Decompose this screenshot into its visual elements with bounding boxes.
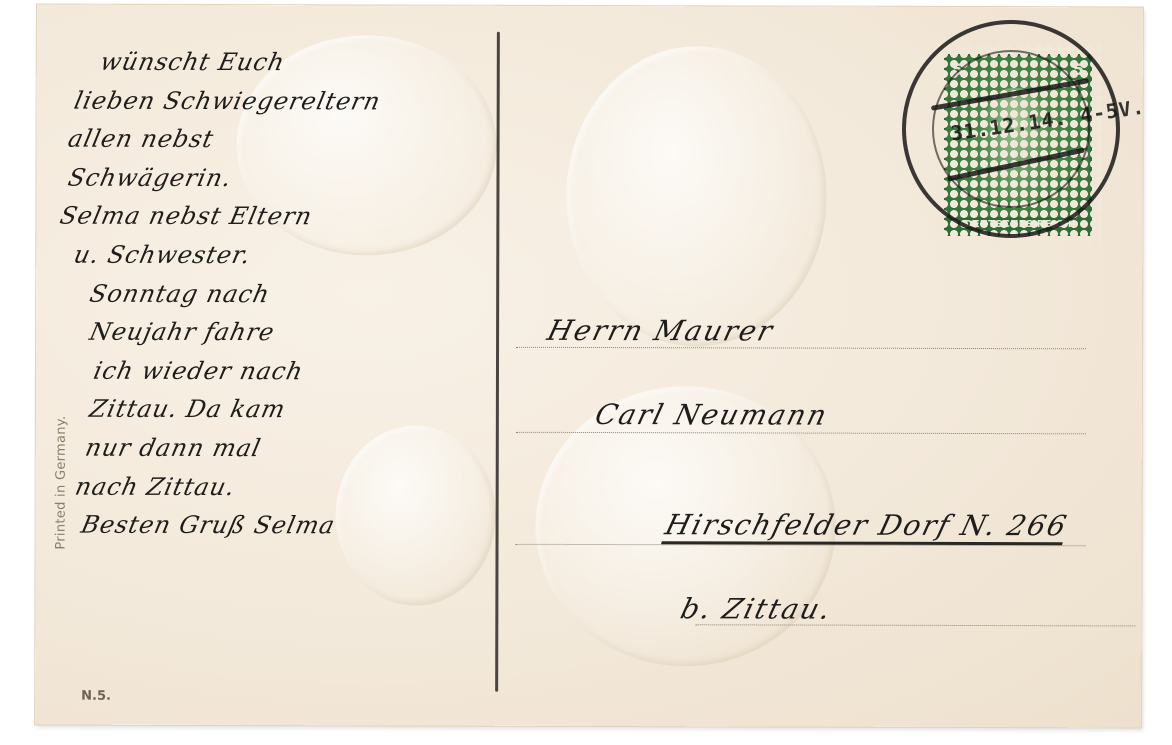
message-line: nur dann mal [46,429,494,469]
message-line: wünscht Euch [47,43,495,83]
message-line: Selma nebst Eltern [46,197,494,237]
recipient-street: Hirschfelder Dorf N. 266 [661,508,1071,545]
recipient-city: b. Zittau. [677,592,836,625]
embossed-relief [566,46,827,347]
recipient-name: Carl Neumann [592,398,832,432]
message-line: Schwägerin. [46,158,494,198]
message-line: Zittau. Da kam [46,390,494,430]
message-line: ich wieder nach [46,351,494,391]
message-line: u. Schwester. [46,236,494,276]
message-line: allen nebst [46,120,494,160]
handwritten-message: wünscht Euch lieben Schwiegereltern alle… [50,43,491,546]
message-line: lieben Schwiegereltern [47,81,495,121]
card-number: N.5. [81,689,111,704]
recipient-title: Herrn Maurer [544,314,778,348]
message-line: nach Zittau. [46,467,494,507]
message-line: Neujahr fahre [46,313,494,353]
message-line: Besten Gruß Selma [45,506,493,546]
address-rule [516,347,1086,349]
center-divider-line [495,32,500,692]
message-line: Sonntag nach [46,274,494,314]
